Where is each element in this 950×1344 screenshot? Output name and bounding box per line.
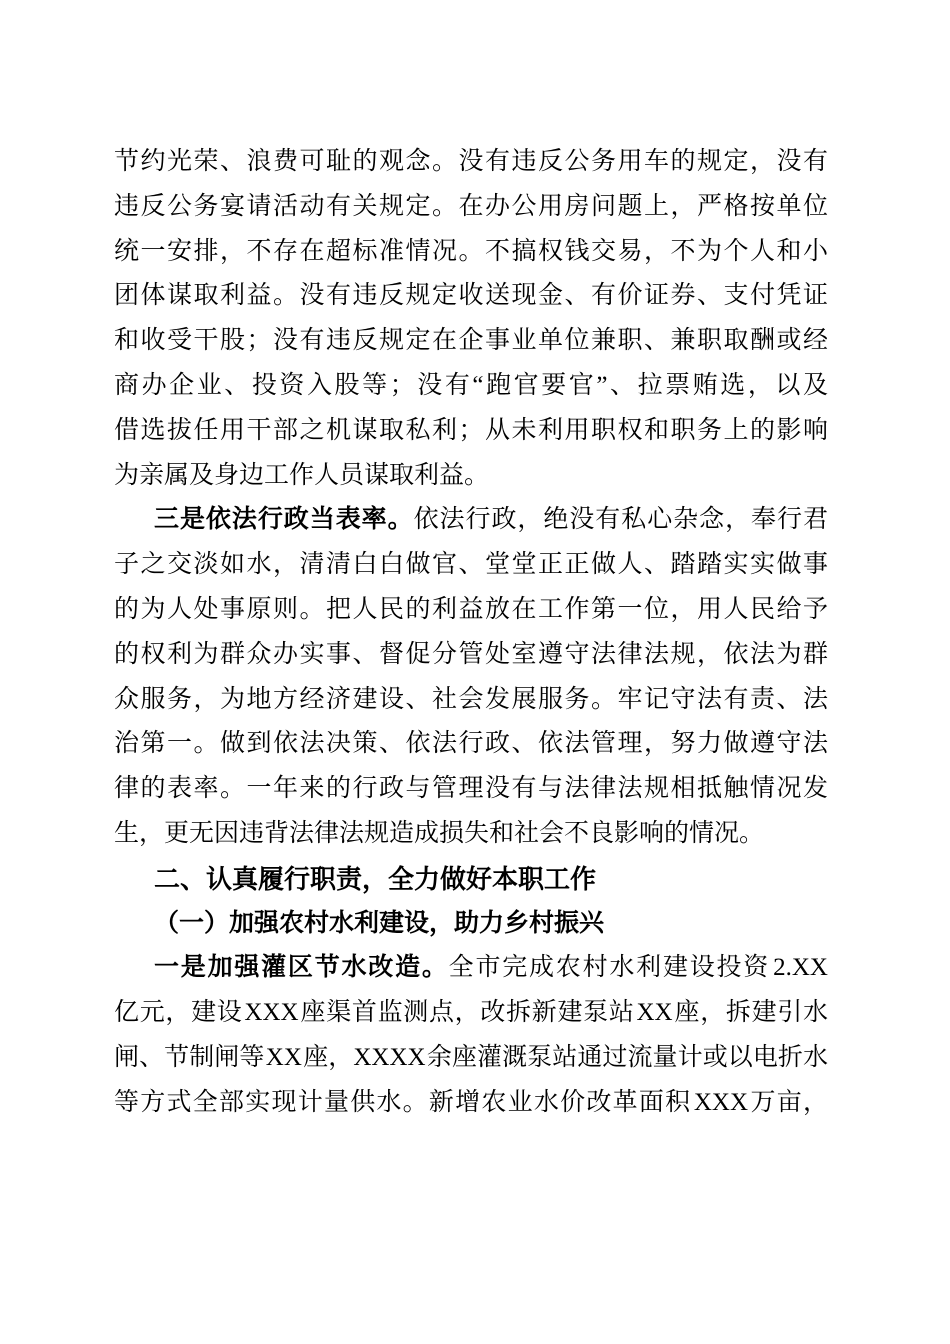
text-line: 等方式全部实现计量供水。新增农业水价改革面积 XXX 万亩， xyxy=(114,1081,828,1126)
text-line: 统一安排，不存在超标准情况。不搞权钱交易，不为个人和小 xyxy=(114,230,828,275)
text-line: 为亲属及身边工作人员谋取利益。 xyxy=(114,454,828,499)
text-line: 借选拔任用干部之机谋取私利；从未利用职权和职务上的影响 xyxy=(114,409,828,454)
text-line: 和收受干股；没有违反规定在企事业单位兼职、兼职取酬或经 xyxy=(114,319,828,364)
text-line: 的权利为群众办实事、督促分管处室遵守法律法规，依法为群 xyxy=(114,633,828,678)
line-text: 全市完成农村水利建设投资 2.XX xyxy=(449,954,828,981)
text-line: 一是加强灌区节水改造。全市完成农村水利建设投资 2.XX xyxy=(114,946,828,991)
text-line: 三是依法行政当表率。依法行政，绝没有私心杂念，奉行君 xyxy=(114,498,828,543)
paragraph-lead: 三是依法行政当表率。 xyxy=(154,506,414,533)
text-line: 律的表率。一年来的行政与管理没有与法律法规相抵触情况发 xyxy=(114,767,828,812)
text-line: 闸、节制闸等 XX 座，XXXX 余座灌溉泵站通过流量计或以电折水 xyxy=(114,1036,828,1081)
text-line: 治第一。做到依法决策、依法行政、依法管理，努力做遵守法 xyxy=(114,722,828,767)
text-line: 子之交淡如水，清清白白做官、堂堂正正做人、踏踏实实做事 xyxy=(114,543,828,588)
subsection-heading: （一）加强农村水利建设，助力乡村振兴 xyxy=(114,902,828,947)
text-line: 商办企业、投资入股等；没有“跑官要官”、拉票贿选，以及 xyxy=(114,364,828,409)
section-heading: 二、认真履行职责，全力做好本职工作 xyxy=(114,857,828,902)
document-body: 节约光荣、浪费可耻的观念。没有违反公务用车的规定，没有 违反公务宴请活动有关规定… xyxy=(114,140,828,1126)
text-line: 节约光荣、浪费可耻的观念。没有违反公务用车的规定，没有 xyxy=(114,140,828,185)
document-page: 节约光荣、浪费可耻的观念。没有违反公务用车的规定，没有 违反公务宴请活动有关规定… xyxy=(0,0,950,1344)
text-line: 违反公务宴请活动有关规定。在办公用房问题上，严格按单位 xyxy=(114,185,828,230)
text-line: 团体谋取利益。没有违反规定收送现金、有价证券、支付凭证 xyxy=(114,274,828,319)
text-line: 众服务，为地方经济建设、社会发展服务。牢记守法有责、法 xyxy=(114,678,828,723)
text-line: 生，更无因违背法律法规造成损失和社会不良影响的情况。 xyxy=(114,812,828,857)
text-line: 的为人处事原则。把人民的利益放在工作第一位，用人民给予 xyxy=(114,588,828,633)
line-text: 依法行政，绝没有私心杂念，奉行君 xyxy=(414,506,828,533)
text-line: 亿元，建设 XXX 座渠首监测点，改拆新建泵站 XX 座，拆建引水 xyxy=(114,991,828,1036)
paragraph-lead: 一是加强灌区节水改造。 xyxy=(154,954,449,981)
